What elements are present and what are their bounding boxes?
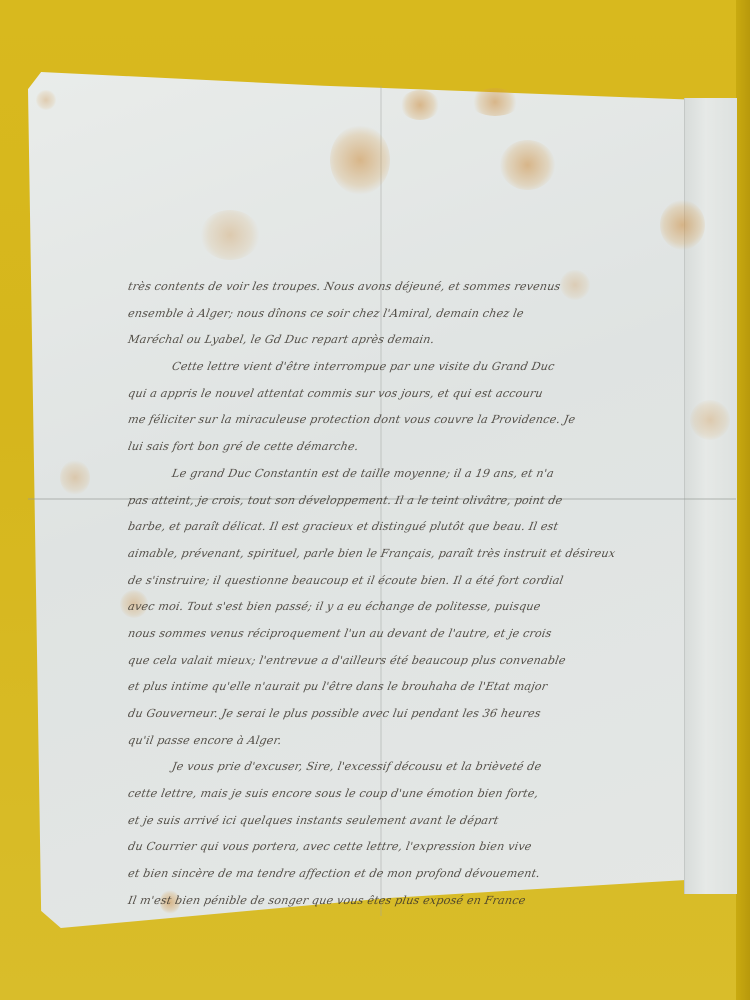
stain: [500, 140, 555, 190]
letter-line: et plus intime qu'elle n'aurait pu l'êtr…: [126, 674, 701, 701]
letter-body: très contents de voir les troupes. Nous …: [128, 274, 698, 915]
letter-line: barbe, et paraît délicat. Il est gracieu…: [126, 514, 701, 541]
letter-line: pas atteint, je crois, tout son développ…: [126, 488, 701, 515]
letter-line: qu'il passe encore à Alger.: [126, 728, 701, 755]
letter-line: et bien sincère de ma tendre affection e…: [126, 861, 701, 888]
letter-line: aimable, prévenant, spirituel, parle bie…: [126, 541, 701, 568]
stain: [36, 90, 56, 110]
letter-line: Le grand Duc Constantin est de taille mo…: [126, 461, 701, 488]
letter-line: qui a appris le nouvel attentat commis s…: [126, 381, 701, 408]
letter-line: du Gouverneur. Je serai le plus possible…: [126, 701, 701, 728]
stain: [330, 125, 390, 195]
letter-line: et je suis arrivé ici quelques instants …: [126, 808, 701, 835]
stain: [400, 90, 440, 120]
letter-line: Cette lettre vient d'être interrompue pa…: [126, 354, 701, 381]
letter-line: de s'instruire; il questionne beaucoup e…: [126, 568, 701, 595]
letter-line: très contents de voir les troupes. Nous …: [126, 274, 701, 301]
stain: [60, 460, 90, 495]
letter-line: me féliciter sur la miraculeuse protecti…: [126, 407, 701, 434]
stain: [660, 200, 705, 250]
letter-line: Maréchal ou Lyabel, le Gd Duc repart apr…: [126, 327, 701, 354]
letter-line: avec moi. Tout s'est bien passé; il y a …: [126, 594, 701, 621]
letter-line: du Courrier qui vous portera, avec cette…: [126, 834, 701, 861]
stain: [470, 88, 520, 116]
background-edge: [736, 0, 750, 1000]
letter-line: lui sais fort bon gré de cette démarche.: [126, 434, 701, 461]
letter-line: que cela valait mieux; l'entrevue a d'ai…: [126, 648, 701, 675]
letter-line: Je vous prie d'excuser, Sire, l'excessif…: [126, 754, 701, 781]
letter-line: cette lettre, mais je suis encore sous l…: [126, 781, 701, 808]
letter-line: nous sommes venus réciproquement l'un au…: [126, 621, 701, 648]
letter-line: ensemble à Alger; nous dînons ce soir ch…: [126, 301, 701, 328]
letter-line: Il m'est bien pénible de songer que vous…: [126, 888, 701, 915]
stain: [200, 210, 260, 260]
